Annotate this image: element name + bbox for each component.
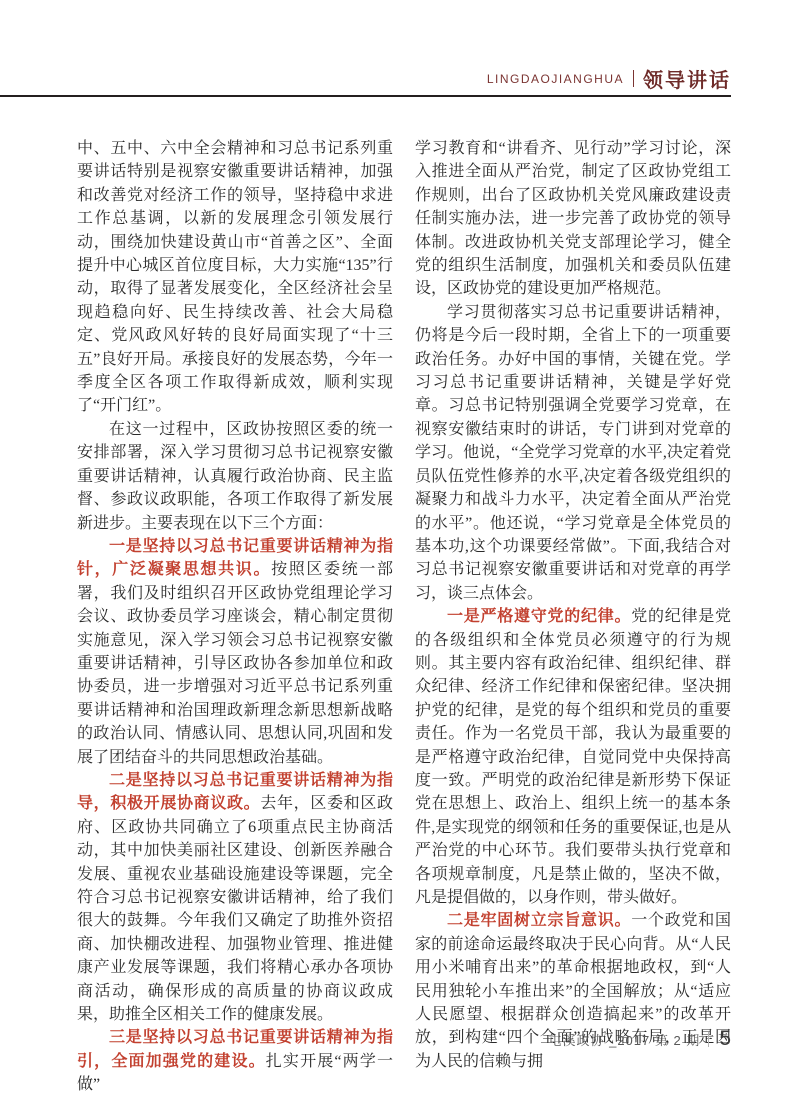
footer-divider-bar: [708, 1032, 709, 1047]
header-divider-bar: [633, 70, 634, 87]
section-paragraph: 一是严格遵守党的纪律。党的纪律是党的各级组织和全体党员必须遵守的行为规则。其主要…: [415, 605, 731, 909]
body-paragraph: 学习教育和“讲看齐、见行动”学习讨论，深入推进全面从严治党，制定了区政协党组工作…: [415, 137, 731, 301]
body-paragraph: 在这一过程中，区政协按照区委的统一安排部署，深入学习贯彻习总书记视察安徽重要讲话…: [77, 418, 393, 535]
section-paragraph: 二是坚持以习总书记重要讲话精神为指导，积极开展协商议政。去年，区委和区政府、区政…: [77, 769, 393, 1026]
left-column: 中、五中、六中全会精神和习总书记系列重要讲话特别是视察安徽重要讲话精神，加强和改…: [77, 137, 393, 1097]
footer-journal-info: 屯溪政协 _2017 第 2 期: [548, 1030, 700, 1049]
body-paragraph: 学习贯彻落实习总书记重要讲话精神，仍将是今后一段时期，全省上下的一项重要政治任务…: [415, 301, 731, 605]
header-section-title: 领导讲话: [643, 64, 731, 93]
page-footer: 屯溪政协 _2017 第 2 期 5: [548, 1027, 731, 1051]
section-heading: 一是严格遵守党的纪律。: [447, 608, 631, 625]
section-heading: 一是坚持以习总书记重要讲话精神为指针，广泛凝聚思想共识。: [77, 538, 393, 578]
section-paragraph: 三是坚持以习总书记重要讲话精神为指引，全面加强党的建设。扎实开展“两学一做”: [77, 1026, 393, 1096]
section-paragraph: 一是坚持以习总书记重要讲话精神为指针，广泛凝聚思想共识。按照区委统一部署，我们及…: [77, 535, 393, 769]
section-heading: 三是坚持以习总书记重要讲话精神为指引，全面加强党的建设。: [77, 1029, 393, 1069]
footer-page-number: 5: [719, 1027, 731, 1051]
header-latin-title: LINGDAOJIANGHUA: [487, 72, 624, 86]
body-paragraph: 中、五中、六中全会精神和习总书记系列重要讲话特别是视察安徽重要讲话精神，加强和改…: [77, 137, 393, 418]
magazine-page: LINGDAOJIANGHUA 领导讲话 中、五中、六中全会精神和习总书记系列重…: [0, 0, 804, 1098]
header-rule-line: [0, 95, 731, 97]
page-header: LINGDAOJIANGHUA 领导讲话: [487, 64, 731, 93]
section-heading: 二是坚持以习总书记重要讲话精神为指导，积极开展协商议政。: [77, 772, 393, 812]
section-heading: 二是牢固树立宗旨意识。: [447, 912, 631, 929]
right-column: 学习教育和“讲看齐、见行动”学习讨论，深入推进全面从严治党，制定了区政协党组工作…: [415, 137, 731, 1097]
article-body: 中、五中、六中全会精神和习总书记系列重要讲话特别是视察安徽重要讲话精神，加强和改…: [77, 137, 731, 1097]
